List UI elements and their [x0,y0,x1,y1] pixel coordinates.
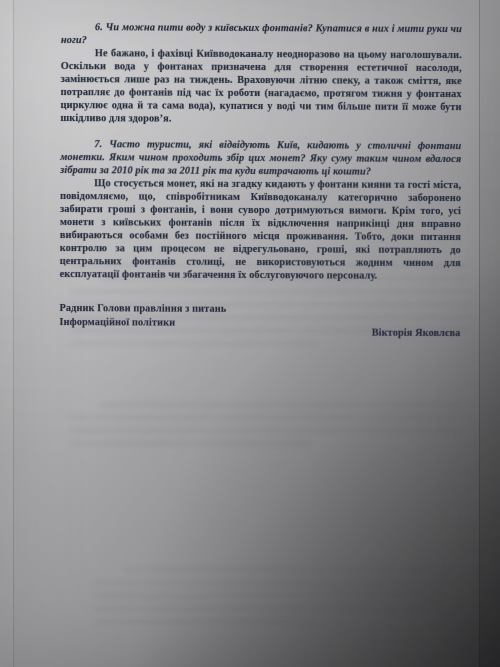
letter-body: 6. Чи можна пити воду з київських фонтан… [59,21,462,331]
signature-block: Радник Голови правління з питань Інформа… [59,302,460,331]
signature-title: Радник Голови правління з питань Інформа… [59,302,226,330]
showthrough-line [95,593,445,598]
showthrough-text-area [95,567,445,632]
signature-title-line2: Інформаційної політики [59,315,226,329]
showthrough-line [70,415,460,420]
showthrough-line [70,428,460,433]
showthrough-line [100,402,460,407]
paper-left-edge [0,0,14,667]
showthrough-text-area [70,402,460,454]
photographed-document: 6. Чи можна пити воду з київських фонтан… [0,0,500,667]
question-6-paragraph: 6. Чи можна пити воду з київських фонтан… [61,21,462,49]
showthrough-line [95,619,312,624]
signature-name: Вікторія Яковлєва [372,327,461,340]
paper-right-edge [479,0,500,667]
showthrough-line [125,567,445,572]
showthrough-line [70,441,312,446]
showthrough-line [95,580,445,585]
answer-7-paragraph: Що стосується монет, які на згадку кидаю… [60,177,462,283]
showthrough-line [95,606,445,611]
signature-title-line1: Радник Голови правління з питань [59,302,226,316]
answer-6-paragraph: Не бажано, і фахівці Київводоканалу неод… [60,47,461,127]
showthrough-line [70,341,318,346]
question-7-paragraph: 7. Часто туристи, які відвідують Київ, к… [60,138,461,179]
